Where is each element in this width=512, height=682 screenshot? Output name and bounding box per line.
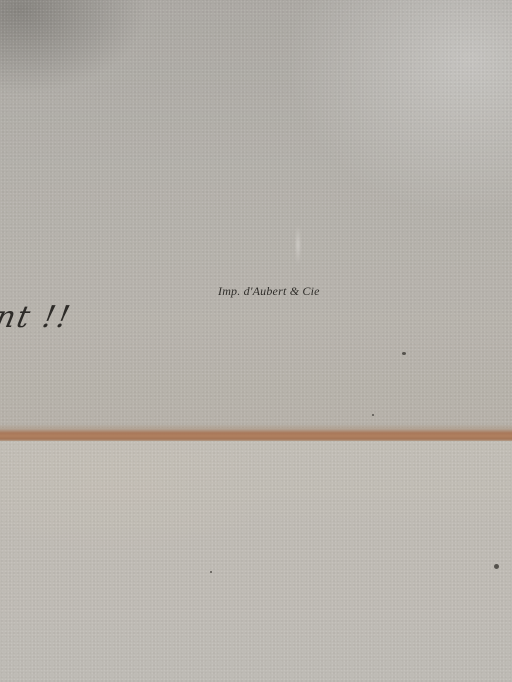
- paper-speck: [372, 414, 374, 416]
- paper-speck: [402, 352, 406, 355]
- photograph-of-print: nt !! Imp. d'Aubert & Cie: [0, 0, 512, 682]
- paper-speck: [494, 564, 499, 569]
- print-sheet: [0, 0, 512, 428]
- printer-imprint: Imp. d'Aubert & Cie: [218, 284, 320, 299]
- paper-speck: [210, 571, 212, 573]
- paper-crease: [296, 225, 300, 265]
- mat-board: [0, 441, 512, 682]
- caption-text-fragment: nt !!: [0, 300, 75, 335]
